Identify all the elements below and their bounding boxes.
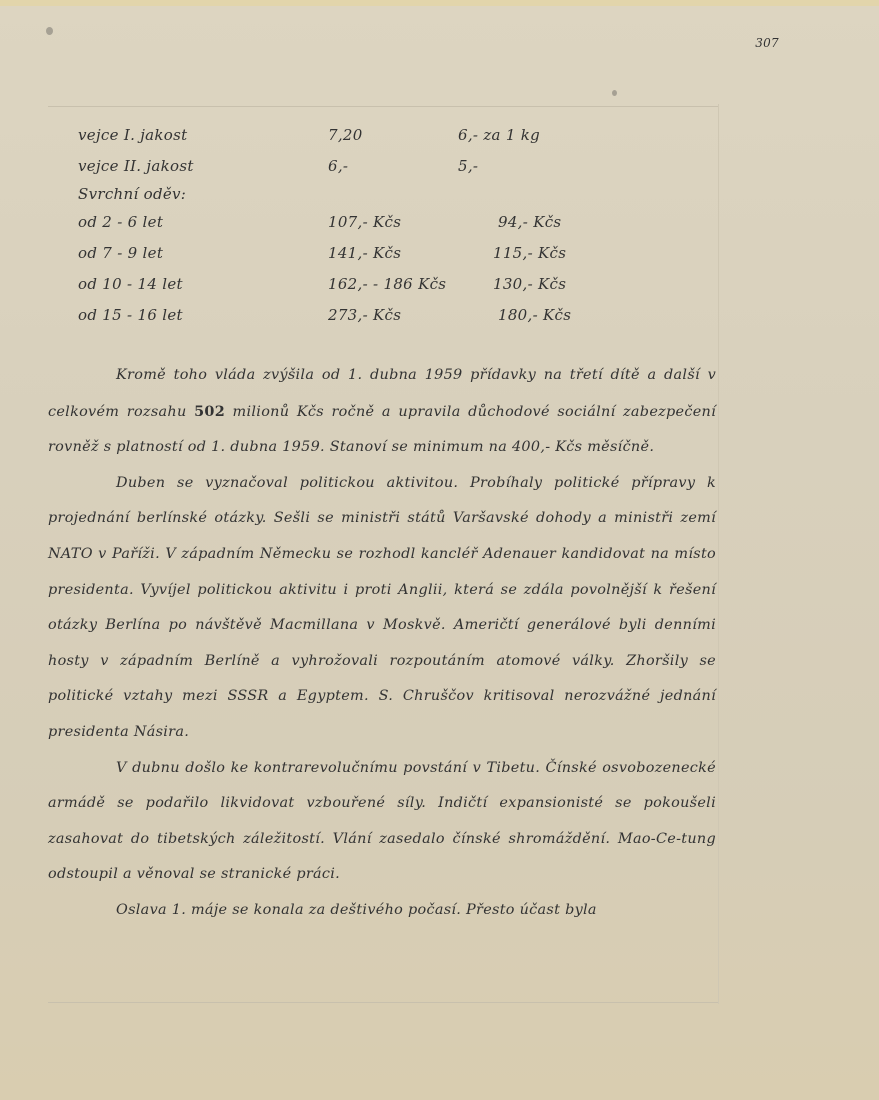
page-edge-stain: [0, 0, 879, 6]
section-label: Svrchní oděv:: [78, 177, 638, 207]
paper-blemish: [612, 90, 617, 96]
price-row: vejce I. jakost 7,20 6,- za 1 kg: [78, 120, 638, 151]
price-old: 162,- - 186 Kčs: [328, 275, 446, 293]
price-new: 5,-: [458, 157, 478, 175]
price-item: od 10 - 14 let: [78, 275, 183, 293]
price-new: 115,- Kčs: [493, 244, 566, 262]
price-new: 130,- Kčs: [493, 275, 566, 293]
price-old: 107,- Kčs: [328, 213, 401, 231]
paragraph-april-politics: Duben se vyznačoval politickou aktivitou…: [48, 466, 716, 751]
price-item: od 2 - 6 let: [78, 213, 163, 231]
price-row: od 2 - 6 let 107,- Kčs 94,- Kčs: [78, 207, 638, 238]
price-new: 180,- Kčs: [498, 306, 571, 324]
price-row: vejce II. jakost 6,- 5,-: [78, 151, 638, 177]
frame-line-right: [718, 104, 719, 1004]
page-number: 307: [755, 36, 779, 50]
price-row: od 10 - 14 let 162,- - 186 Kčs 130,- Kčs: [78, 269, 638, 300]
price-item: vejce II. jakost: [78, 157, 194, 175]
price-new: 94,- Kčs: [498, 213, 561, 231]
highlighted-amount: 502: [194, 403, 225, 420]
paragraph-benefits: Kromě toho vláda zvýšila od 1. dubna 195…: [48, 358, 716, 466]
price-new: 6,- za 1 kg: [458, 126, 540, 144]
frame-line-bottom: [48, 1002, 718, 1003]
price-old: 141,- Kčs: [328, 244, 401, 262]
price-row: od 15 - 16 let 273,- Kčs 180,- Kčs: [78, 300, 638, 331]
price-row: od 7 - 9 let 141,- Kčs 115,- Kčs: [78, 238, 638, 269]
price-item: vejce I. jakost: [78, 126, 187, 144]
price-old: 7,20: [328, 126, 363, 144]
paragraph-may-day: Oslava 1. máje se konala za deštivého po…: [48, 893, 716, 929]
price-table: vejce I. jakost 7,20 6,- za 1 kg vejce I…: [78, 120, 638, 331]
paragraph-tibet: V dubnu došlo ke kontrarevolučnímu povst…: [48, 751, 716, 893]
price-old: 6,-: [328, 157, 348, 175]
price-item: od 7 - 9 let: [78, 244, 163, 262]
frame-line-top: [48, 106, 718, 107]
price-item: od 15 - 16 let: [78, 306, 183, 324]
price-old: 273,- Kčs: [328, 306, 401, 324]
chronicle-text: Kromě toho vláda zvýšila od 1. dubna 195…: [48, 358, 716, 929]
paper-blemish: [46, 27, 53, 35]
